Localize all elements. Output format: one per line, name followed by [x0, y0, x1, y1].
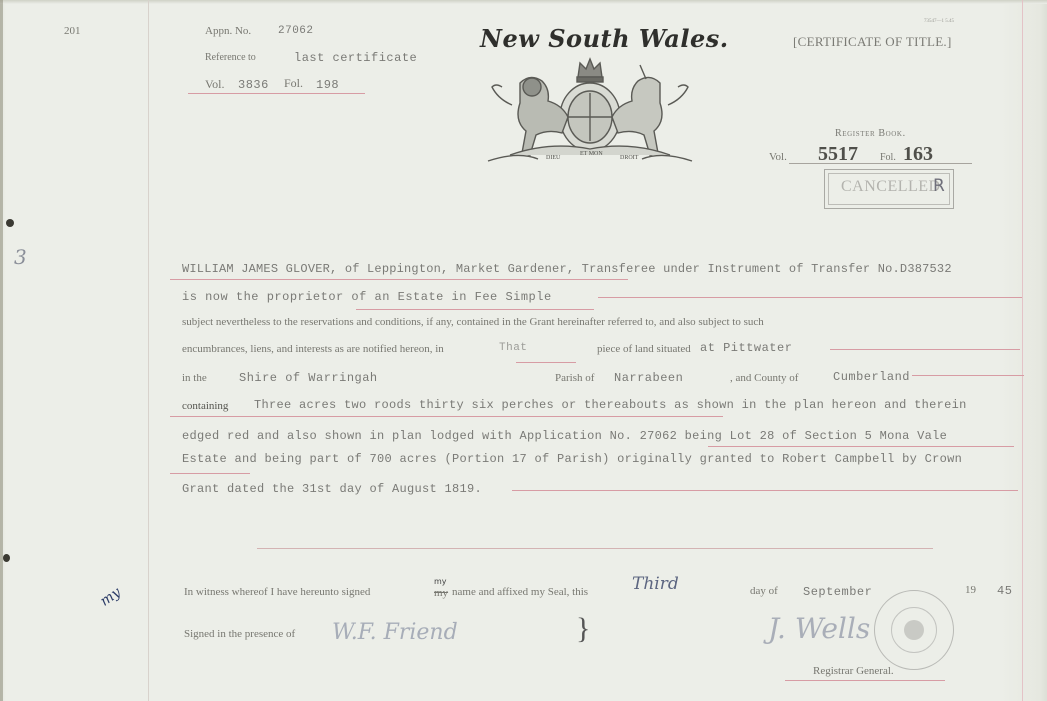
right-margin-rule	[1022, 0, 1023, 701]
century-label: 19	[965, 584, 976, 596]
cancelled-stamp: CANCELLED R	[824, 169, 954, 209]
witness-signature: W.F. Friend	[332, 620, 458, 645]
registrar-signature: J. Wells	[768, 612, 870, 645]
proprietor-line: WILLIAM JAMES GLOVER, of Leppington, Mar…	[182, 262, 952, 276]
prev-vol-label: Vol.	[205, 77, 224, 92]
location-fill-line	[830, 349, 1020, 350]
county-value: Cumberland	[833, 370, 910, 384]
county-fill-line	[912, 375, 1024, 376]
encumbrances-label: encumbrances, liens, and interests as ar…	[182, 343, 444, 355]
prev-fol-label: Fol.	[284, 76, 303, 91]
prev-ref-underline	[188, 93, 365, 94]
register-fol-label: Fol.	[880, 152, 896, 163]
grant-line: Grant dated the 31st day of August 1819.	[182, 482, 482, 496]
reference-value: last certificate	[294, 51, 417, 65]
situated-label: piece of land situated	[597, 343, 691, 355]
register-book-label: Register Book.	[835, 128, 906, 139]
motto-text: DIEU	[546, 155, 561, 161]
portion-line: Estate and being part of 700 acres (Port…	[182, 452, 962, 466]
day-of-label: day of	[750, 585, 778, 597]
estate-line: is now the proprietor of an Estate in Fe…	[182, 290, 552, 304]
parish-label: Parish of	[555, 372, 594, 384]
that-underline	[516, 362, 576, 363]
prev-vol-value: 3836	[238, 78, 269, 92]
subject-line: subject nevertheless to the reservations…	[182, 316, 764, 328]
grant-fill-line	[512, 490, 1018, 491]
inserted-word: my	[434, 577, 447, 586]
page-top-shadow	[0, 0, 1047, 4]
punch-hole-bottom	[3, 554, 10, 562]
registrar-underline	[785, 680, 945, 681]
page-number: 201	[64, 25, 81, 37]
left-margin-rule	[148, 0, 149, 701]
year-value: 45	[997, 584, 1012, 598]
portion-underline	[170, 473, 250, 474]
form-code: 73547—1 5.45	[924, 19, 954, 24]
estate-underline	[356, 309, 594, 310]
registrar-seal-icon	[874, 590, 954, 670]
page-binding-edge	[0, 0, 3, 701]
location-value: at Pittwater	[700, 341, 792, 355]
proprietor-underline	[170, 279, 628, 280]
that-value: That	[499, 342, 527, 354]
witness-text-after: name and affixed my Seal, this	[452, 586, 588, 598]
cancelled-stamp-text: CANCELLED	[841, 178, 941, 196]
coat-of-arms-icon: DIEU ET MON DROIT	[470, 55, 710, 167]
appn-label: Appn. No.	[205, 25, 251, 37]
containing-label: containing	[182, 400, 228, 412]
struck-word: my	[434, 587, 448, 599]
day-handwritten: Third	[632, 574, 679, 594]
registrar-title: Registrar General.	[813, 665, 894, 677]
svg-text:ET MON: ET MON	[580, 151, 603, 157]
svg-text:DROIT: DROIT	[620, 155, 639, 161]
estate-fill-line	[598, 297, 1022, 298]
body-end-rule	[257, 548, 933, 549]
certificate-of-title-page: 201 3 my Appn. No. 27062 Reference to la…	[0, 0, 1047, 701]
month-value: September	[803, 585, 872, 599]
punch-hole-top	[6, 219, 14, 227]
reference-label: Reference to	[205, 52, 256, 63]
cancelled-stamp-initial: R	[933, 176, 945, 196]
document-title: New South Wales.	[480, 24, 729, 53]
area-underline	[170, 416, 723, 417]
margin-note-number: 3	[14, 245, 27, 269]
certificate-label: [CERTIFICATE OF TITLE.]	[793, 34, 952, 50]
county-label: , and County of	[730, 372, 798, 384]
register-underline	[789, 163, 972, 164]
witness-text-before: In witness whereof I have hereunto signe…	[184, 586, 370, 598]
signed-presence-label: Signed in the presence of	[184, 628, 295, 640]
brace-icon: }	[576, 612, 590, 646]
plan-underline	[708, 446, 1014, 447]
area-line: Three acres two roods thirty six perches…	[254, 398, 967, 412]
parish-value: Narrabeen	[614, 371, 683, 385]
register-vol-label: Vol.	[769, 151, 787, 163]
appn-number: 27062	[278, 25, 314, 37]
in-the-label: in the	[182, 372, 207, 384]
plan-line: edged red and also shown in plan lodged …	[182, 429, 947, 443]
shire-value: Shire of Warringah	[239, 371, 378, 385]
prev-fol-value: 198	[316, 78, 339, 92]
margin-initials: my	[97, 584, 124, 609]
